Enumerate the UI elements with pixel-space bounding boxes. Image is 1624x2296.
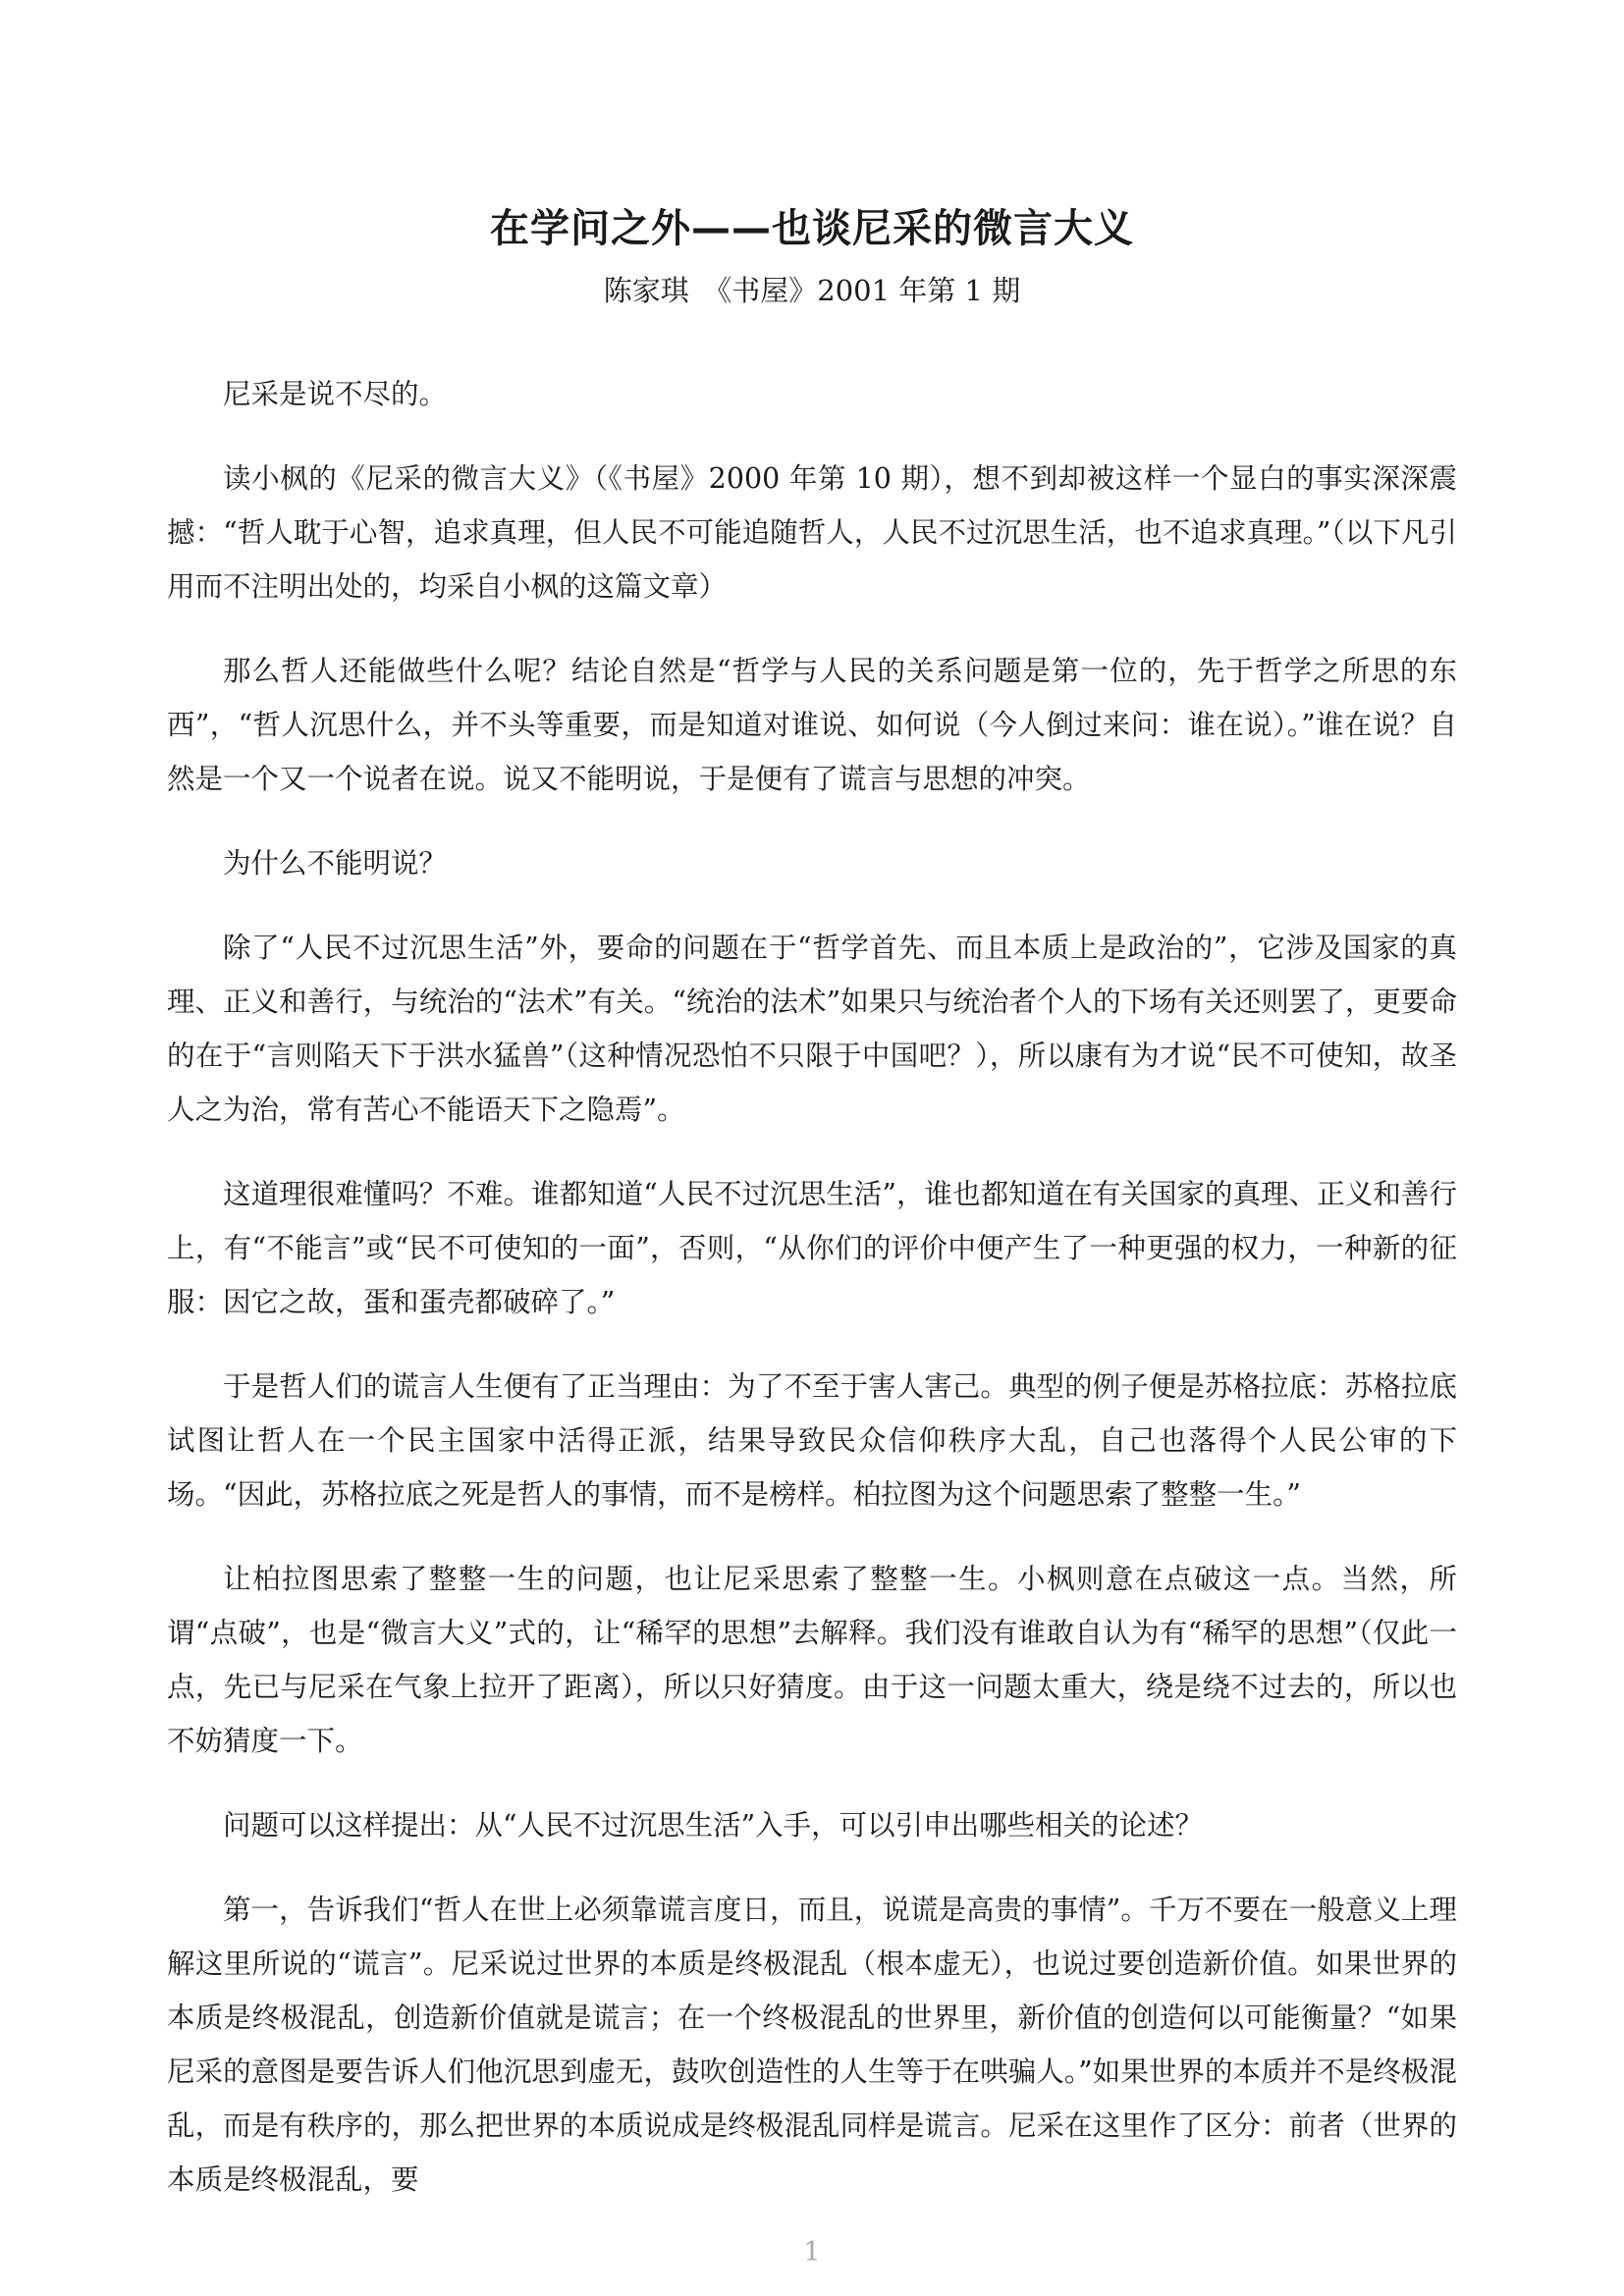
article-body: 尼采是说不尽的。 读小枫的《尼采的微言大义》（《书屋》2000 年第 10 期）…: [167, 367, 1457, 2207]
paragraph: 为什么不能明说？: [167, 836, 1457, 890]
page-title: 在学问之外——也谈尼采的微言大义: [167, 204, 1457, 253]
byline: 陈家琪 《书屋》2001 年第 1 期: [167, 273, 1457, 310]
page-number: 1: [167, 2237, 1457, 2268]
paragraph: 那么哲人还能做些什么呢？结论自然是“哲学与人民的关系问题是第一位的，先于哲学之所…: [167, 644, 1457, 806]
paragraph: 第一，告诉我们“哲人在世上必须靠谎言度日，而且，说谎是高贵的事情”。千万不要在一…: [167, 1883, 1457, 2207]
paragraph: 这道理很难懂吗？不难。谁都知道“人民不过沉思生活”，谁也都知道在有关国家的真理、…: [167, 1167, 1457, 1329]
paragraph: 于是哲人们的谎言人生便有了正当理由：为了不至于害人害己。典型的例子便是苏格拉底：…: [167, 1360, 1457, 1522]
document-page: 在学问之外——也谈尼采的微言大义 陈家琪 《书屋》2001 年第 1 期 尼采是…: [167, 0, 1457, 2268]
paragraph: 让柏拉图思索了整整一生的问题，也让尼采思索了整整一生。小枫则意在点破这一点。当然…: [167, 1552, 1457, 1768]
paragraph: 读小枫的《尼采的微言大义》（《书屋》2000 年第 10 期），想不到却被这样一…: [167, 452, 1457, 614]
paragraph: 问题可以这样提出：从“人民不过沉思生活”入手，可以引申出哪些相关的论述？: [167, 1798, 1457, 1852]
paragraph: 除了“人民不过沉思生活”外，要命的问题在于“哲学首先、而且本质上是政治的”，它涉…: [167, 921, 1457, 1137]
paragraph: 尼采是说不尽的。: [167, 367, 1457, 421]
